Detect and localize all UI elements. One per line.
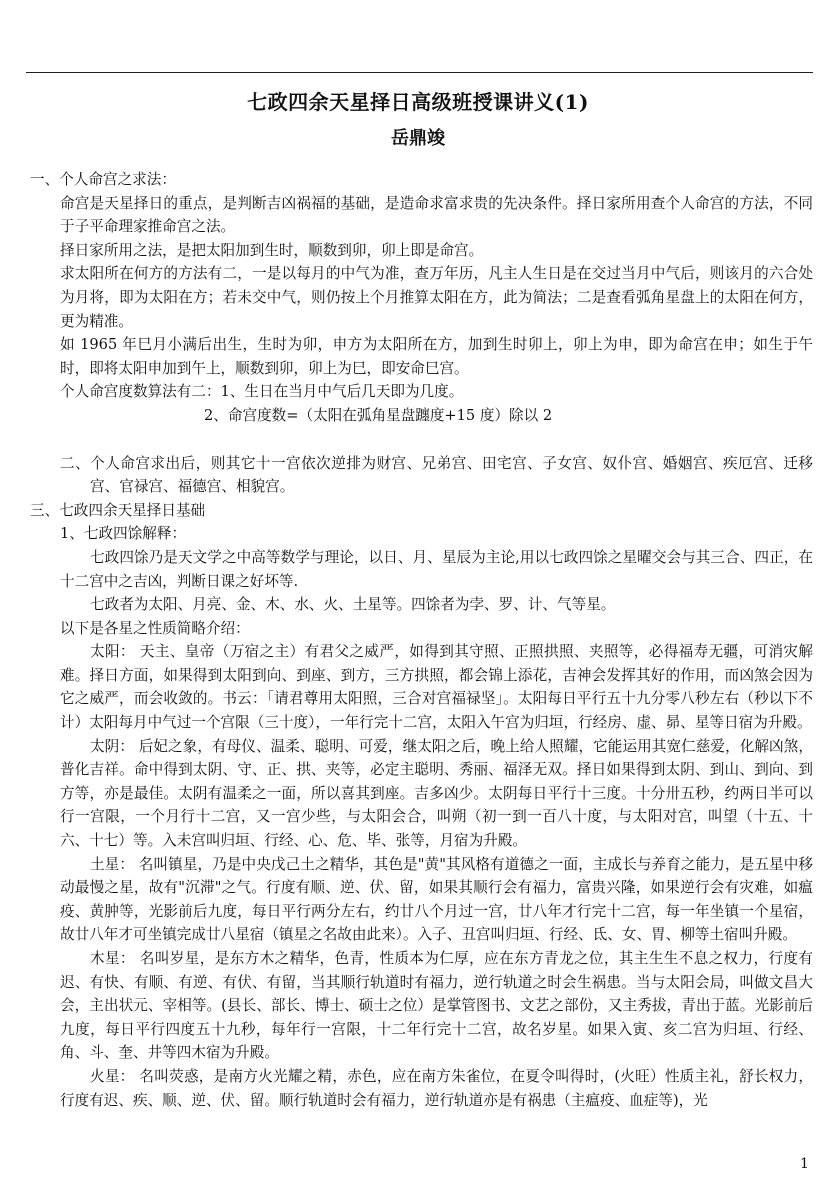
body-paragraph: 择日家所用之法，是把太阳加到生时，顺数到卯，卯上即是命宫。 bbox=[30, 239, 813, 263]
star-description: 名叫荧惑，是南方火光耀之精，赤色，应在南方朱雀位，在夏令叫得时，(火旺）性质主礼… bbox=[60, 1068, 813, 1109]
body-paragraph: 七政四馀乃是天文学之中高等数学与理论，以日、月、星辰为主论,用以七政四馀之星曜交… bbox=[30, 546, 813, 593]
star-name: 土星： bbox=[90, 856, 134, 873]
star-entry-mars: 火星： 名叫荧惑，是南方火光耀之精，赤色，应在南方朱雀位，在夏令叫得时，(火旺）… bbox=[30, 1065, 813, 1112]
body-paragraph: 如 1965 年巳月小满后出生，生时为卯，申方为太阳所在方，加到生时卯上，卯上为… bbox=[30, 333, 813, 380]
subsection-heading: 1、七政四馀解释： bbox=[30, 522, 813, 546]
body-paragraph: 命宫是天星择日的重点，是判断吉凶祸福的基础，是造命求富求贵的先决条件。择日家所用… bbox=[30, 192, 813, 239]
formula-line: 2、命宫度数=（太阳在弧角星盘躔度+15 度）除以 2 bbox=[30, 404, 813, 428]
star-entry-sun: 太阳： 天主、皇帝（万宿之主）有君父之威严，如得到其守照、正照拱照、夹照等，必得… bbox=[30, 640, 813, 734]
star-description: 天主、皇帝（万宿之主）有君父之威严，如得到其守照、正照拱照、夹照等，必得福寿无疆… bbox=[60, 643, 813, 731]
intro-line: 以下是各星之性质简略介绍： bbox=[30, 617, 813, 641]
document-author: 岳鼎竣 bbox=[0, 124, 836, 150]
document-body: 一、个人命宫之求法： 命宫是天星择日的重点，是判断吉凶祸福的基础，是造命求富求贵… bbox=[30, 168, 813, 1112]
section-heading-2: 二、个人命宫求出后，则其它十一宫依次逆排为财宫、兄弟宫、田宅宫、子女宫、奴仆宫、… bbox=[30, 452, 813, 499]
page-number: 1 bbox=[800, 1156, 809, 1172]
star-name: 太阳： bbox=[90, 643, 135, 660]
star-entry-saturn: 土星： 名叫镇星，乃是中央戊己土之精华，其色是"黄"其风格有道德之一面，主成长与… bbox=[30, 853, 813, 947]
section-heading-3: 三、七政四余天星择日基础 bbox=[30, 499, 813, 523]
star-name: 太阴： bbox=[90, 738, 134, 755]
star-name: 木星： bbox=[90, 950, 135, 967]
star-description: 名叫镇星，乃是中央戊己土之精华，其色是"黄"其风格有道德之一面，主成长与养育之能… bbox=[60, 856, 813, 944]
body-paragraph: 个人命宫度数算法有二：1、生日在当月中气后几天即为几度。 bbox=[30, 380, 813, 404]
star-description: 名叫岁星，是东方木之精华，色青，性质本为仁厚，应在东方青龙之位，其主生生不息之权… bbox=[60, 950, 813, 1061]
star-entry-moon: 太阴： 后妃之象，有母仪、温柔、聪明、可爱，继太阳之后，晚上给人照耀，它能运用其… bbox=[30, 735, 813, 853]
spacer bbox=[30, 428, 813, 452]
section-heading-1: 一、个人命宫之求法： bbox=[30, 168, 813, 192]
body-paragraph: 求太阳所在何方的方法有二，一是以每月的中气为准，查万年历，凡主人生日是在交过当月… bbox=[30, 262, 813, 333]
star-name: 火星： bbox=[90, 1068, 135, 1085]
star-description: 后妃之象，有母仪、温柔、聪明、可爱，继太阳之后，晚上给人照耀，它能运用其宽仁慈爱… bbox=[60, 738, 813, 849]
star-entry-jupiter: 木星： 名叫岁星，是东方木之精华，色青，性质本为仁厚，应在东方青龙之位，其主生生… bbox=[30, 947, 813, 1065]
document-title: 七政四余天星择日高级班授课讲义(1) bbox=[0, 86, 836, 115]
header-rule bbox=[26, 72, 813, 73]
body-paragraph: 七政者为太阳、月亮、金、木、水、火、土星等。四馀者为孛、罗、计、气等星。 bbox=[30, 593, 813, 617]
